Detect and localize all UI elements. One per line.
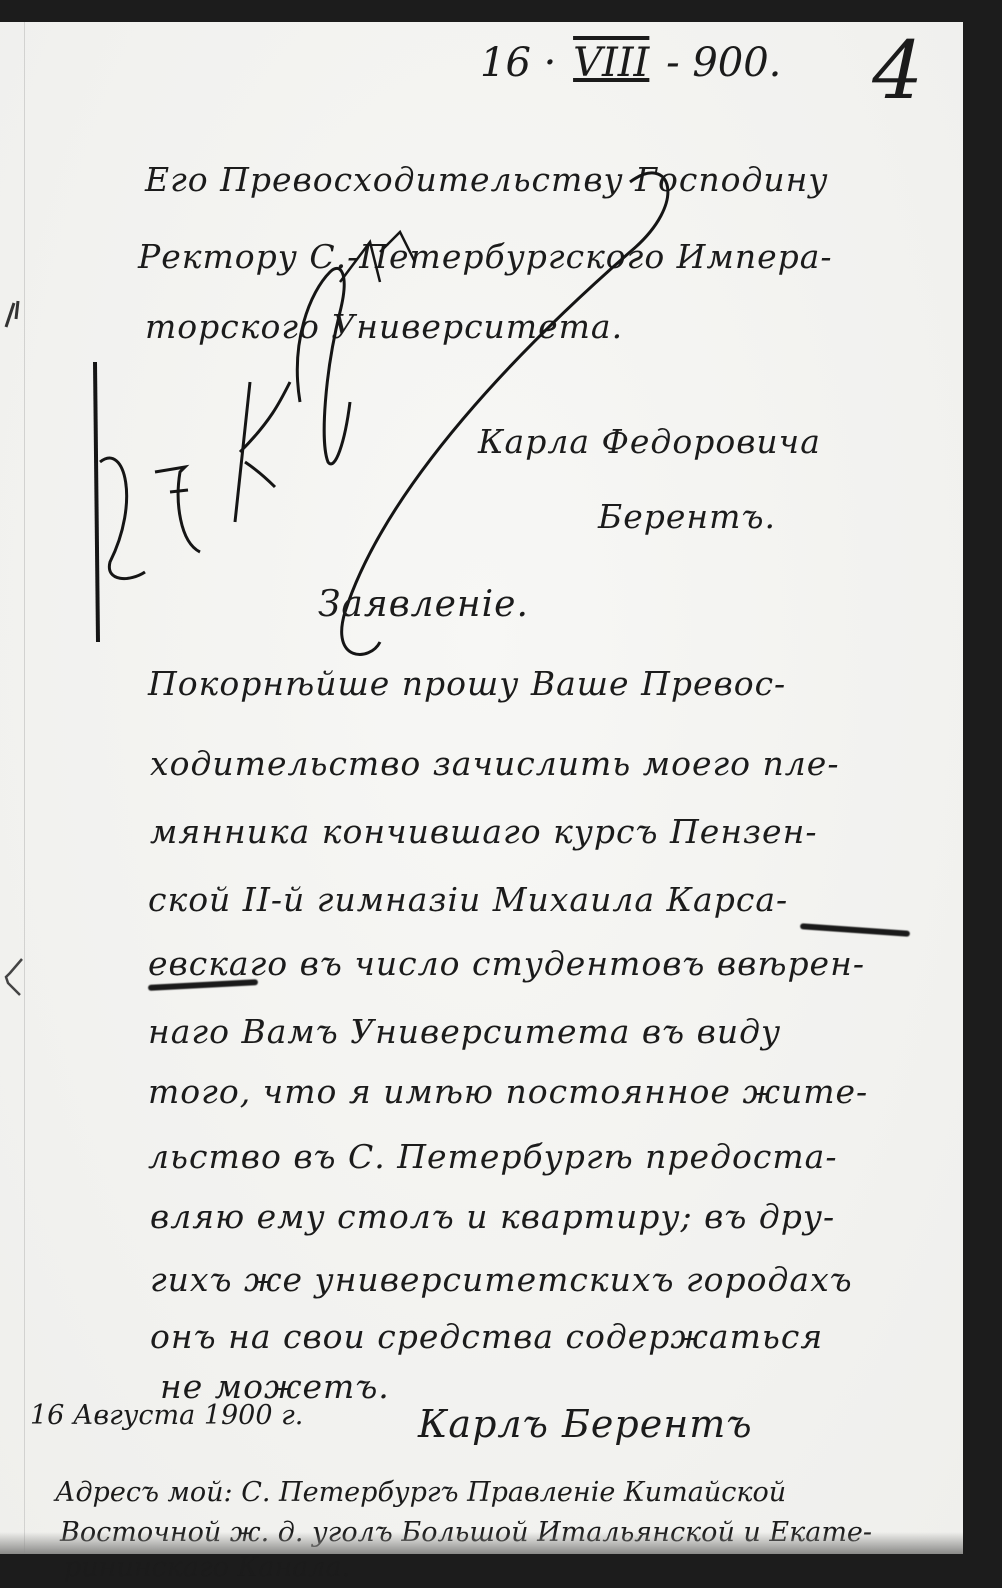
- archive-date-day: 16: [480, 40, 531, 86]
- body-line: вляю ему столъ и квартиру; въ дру-: [150, 1197, 835, 1236]
- body-line: ской II-й гимназіи Михаила Карса-: [148, 880, 788, 919]
- addressee-line-3: торского Университета.: [145, 307, 623, 346]
- body-line: того, что я имѣю постоянное жите-: [148, 1072, 868, 1111]
- body-line: наго Вамъ Университета въ виду: [148, 1012, 781, 1051]
- pencil-underline-mark: [800, 923, 910, 937]
- archive-date-year: 900.: [692, 40, 781, 86]
- sender-line-2: Берентъ.: [598, 497, 776, 536]
- scan-bottom-shadow: [0, 1532, 963, 1554]
- document-page: 16 · VIII - 900. 4 Его Превосходительств…: [0, 22, 963, 1554]
- body-line: онъ на свои средства содержаться: [150, 1317, 823, 1356]
- addressee-line-2: Ректору С.-Петербургского Импера-: [138, 237, 833, 276]
- body-line: ходительство зачислить моего пле-: [150, 744, 839, 783]
- body-line: Покорнѣйше прошу Ваше Превос-: [148, 664, 786, 703]
- body-line: льство въ С. Петербургѣ предоста-: [148, 1137, 837, 1176]
- archive-date: 16 · VIII - 900.: [480, 40, 781, 86]
- paper-tear-mark: [0, 297, 26, 337]
- archive-date-month: VIII: [569, 40, 653, 86]
- sender-line-1: Карла Федоровича: [478, 422, 821, 461]
- body-line: гихъ же университетскихъ городахъ: [150, 1260, 853, 1299]
- signature-date: 16 Августа 1900 г.: [30, 1400, 303, 1431]
- page-fold-line: [24, 22, 25, 1554]
- address-line-1: Адресъ мой: С. Петербургъ Правленіе Кита…: [55, 1477, 786, 1508]
- document-title: Заявленіе.: [318, 584, 529, 625]
- folio-number: 4: [862, 24, 933, 117]
- address-line-3: рининскаго Канала.: [64, 1552, 350, 1583]
- paper-tear-mark: [0, 957, 26, 997]
- addressee-line-1: Его Превосходительству Господину: [145, 160, 829, 199]
- body-line: евскаго въ число студентовъ ввѣрен-: [148, 944, 865, 983]
- signature-name: Карлъ Берентъ: [418, 1402, 753, 1446]
- body-line: мянника кончившаго курсъ Пензен-: [150, 812, 817, 851]
